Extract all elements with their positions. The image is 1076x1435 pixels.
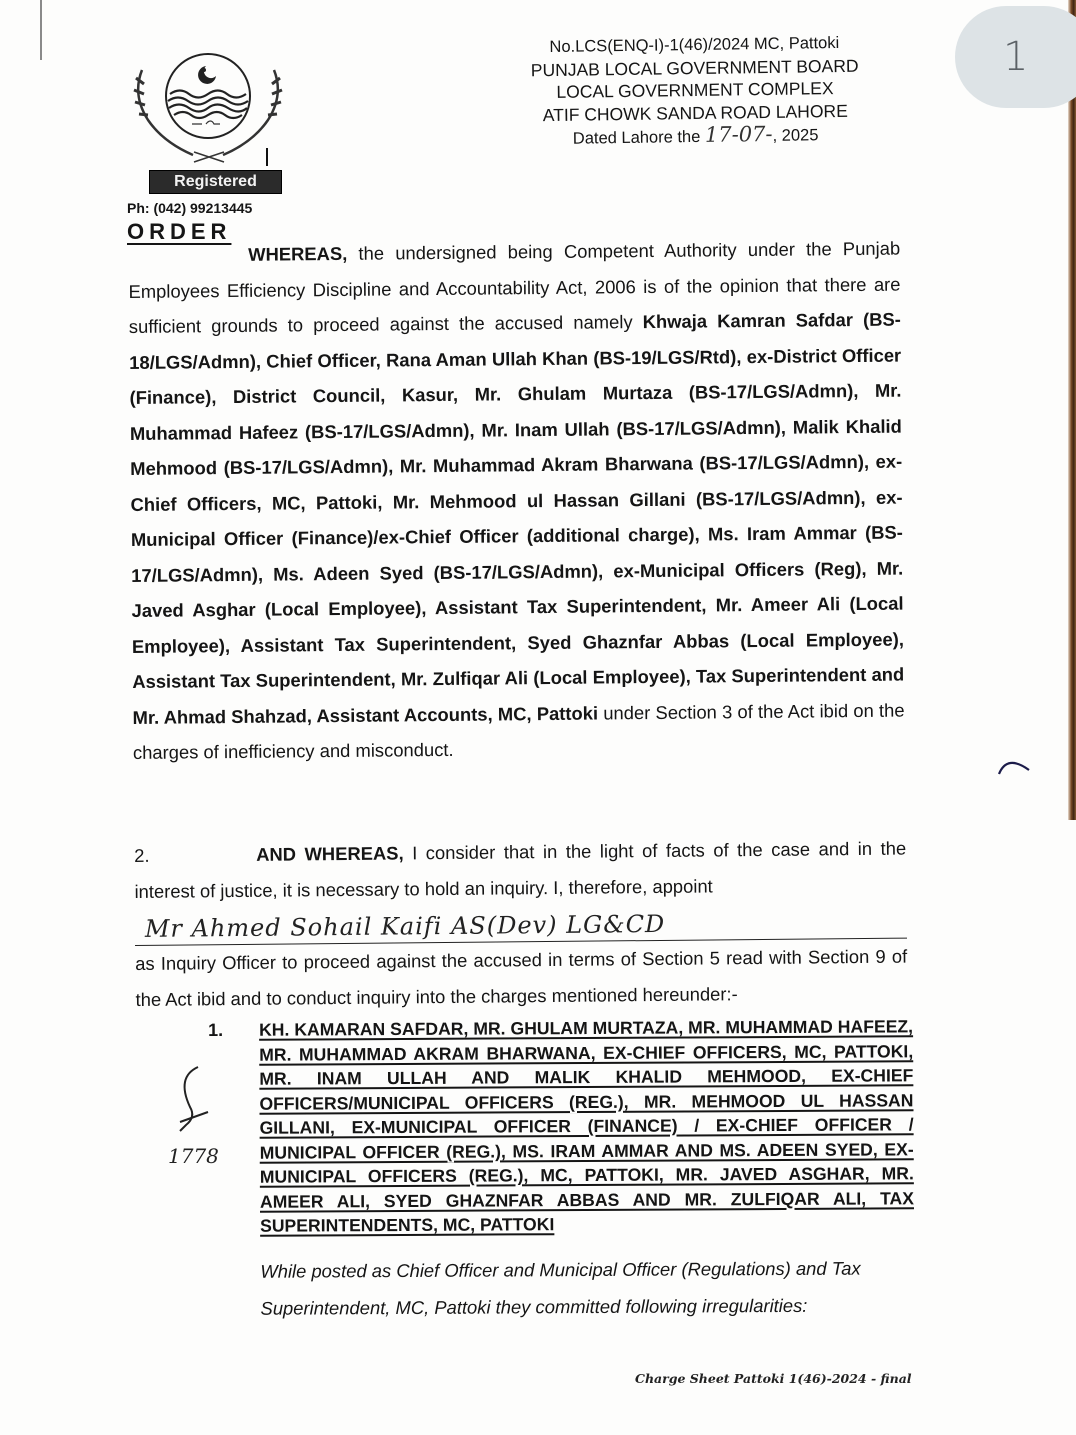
- letterhead-block: No.LCS(ENQ-I)-1(46)/2024 MC, Pattoki PUN…: [489, 31, 901, 151]
- inquiry-officer-handwritten: Mr Ahmed Sohail Kaifi AS(Dev) LG&CD: [135, 902, 907, 946]
- page-number: 1: [1003, 34, 1028, 80]
- scan-edge-mark: [40, 0, 42, 60]
- date-prefix: Dated Lahore the: [573, 128, 701, 148]
- scan-edge-right: [1068, 0, 1076, 820]
- paragraph-2: 2.AND WHEREAS, I consider that in the li…: [134, 831, 908, 1017]
- date-handwritten: 17-07-: [705, 122, 773, 147]
- paragraph-1: WHEREAS, the undersigned being Competent…: [128, 231, 905, 771]
- registered-label: Registered: [149, 170, 282, 194]
- page-number-badge: 1: [955, 6, 1076, 108]
- charge-number: 1.: [208, 1020, 223, 1041]
- phone-number: Ph: (042) 99213445: [127, 200, 252, 216]
- margin-number: 1778: [168, 1144, 228, 1168]
- para1-accused-list: Khwaja Kamran Safdar (BS-18/LGS/Admn), C…: [129, 309, 904, 728]
- signature-icon: [168, 1062, 228, 1142]
- charge-description: While posted as Chief Officer and Munici…: [260, 1249, 914, 1326]
- charge-accused-list: KH. KAMARAN SAFDAR, MR. GHULAM MURTAZA, …: [259, 1014, 914, 1238]
- punjab-government-emblem-icon: [124, 48, 294, 166]
- pen-mark-icon: [995, 752, 1035, 782]
- date-year: , 2025: [772, 126, 818, 145]
- para2-text-b: as Inquiry Officer to proceed against th…: [135, 946, 907, 1010]
- para2-number: 2.: [134, 837, 256, 874]
- para2-lead: AND WHEREAS,: [256, 842, 404, 864]
- margin-initials: 1778: [168, 1062, 228, 1182]
- charge-1: 1. KH. KAMARAN SAFDAR, MR. GHULAM MURTAZ…: [208, 1014, 915, 1326]
- footer-reference: Charge Sheet Pattoki 1(46)-2024 - final: [635, 1371, 912, 1386]
- para1-lead: WHEREAS,: [248, 243, 347, 265]
